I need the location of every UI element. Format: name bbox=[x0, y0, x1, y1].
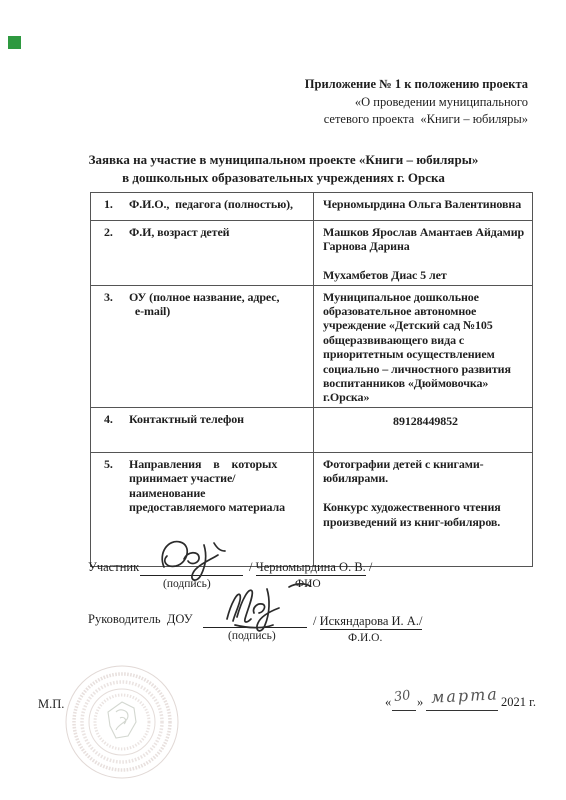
title-line-2: в дошкольных образовательных учреждениях… bbox=[62, 169, 505, 187]
table-row: 5. Направления в которых принимает участ… bbox=[91, 453, 532, 566]
title-line-1: Заявка на участие в муниципальном проект… bbox=[62, 151, 505, 169]
director-role-label: Руководитель ДОУ bbox=[88, 612, 193, 627]
row-number: 5. bbox=[104, 457, 129, 564]
director-name: Искяндарова И. А./ bbox=[320, 614, 423, 630]
row1-label-cell: 1. Ф.И.О., педагога (полностью), bbox=[91, 193, 314, 220]
row-label: Направления в которых принимает участие/… bbox=[129, 457, 308, 564]
stamp-place-label: М.П. bbox=[38, 697, 64, 712]
row5-value-cell: Фотографии детей с книгами- юбилярами. К… bbox=[314, 453, 532, 566]
table-row: 1. Ф.И.О., педагога (полностью), Черномы… bbox=[91, 193, 532, 221]
row1-value-cell: Черномырдина Ольга Валентиновна bbox=[314, 193, 532, 220]
close-quote: » bbox=[417, 695, 423, 710]
handwritten-day: 30 bbox=[393, 688, 411, 705]
table-row: 3. ОУ (полное название, адрес, e-mail) М… bbox=[91, 286, 532, 408]
row2-value-cell: Машков Ярослав Амантаев Айдамир Гарнова … bbox=[314, 221, 532, 285]
row-label: Ф.И, возраст детей bbox=[129, 225, 308, 283]
green-square-marker bbox=[8, 36, 21, 49]
participant-sign-caption: (подпись) bbox=[163, 578, 211, 590]
row4-label-cell: 4. Контактный телефон bbox=[91, 408, 314, 452]
table-row: 4. Контактный телефон 89128449852 bbox=[91, 408, 532, 453]
row4-value-cell: 89128449852 bbox=[314, 408, 532, 452]
row5-label-cell: 5. Направления в которых принимает участ… bbox=[91, 453, 314, 566]
table-row: 2. Ф.И, возраст детей Машков Ярослав Ама… bbox=[91, 221, 532, 286]
director-name-line: / Искяндарова И. А./ bbox=[313, 614, 422, 629]
row-number: 3. bbox=[104, 290, 129, 405]
application-table: 1. Ф.И.О., педагога (полностью), Черномы… bbox=[90, 192, 533, 567]
year-label: 2021 г. bbox=[501, 695, 536, 710]
row3-label-cell: 3. ОУ (полное название, адрес, e-mail) bbox=[91, 286, 314, 407]
participant-name-caption: ФИО bbox=[295, 578, 321, 590]
director-signature-line bbox=[203, 607, 307, 628]
row-label: Ф.И.О., педагога (полностью), bbox=[129, 197, 308, 218]
row-label: ОУ (полное название, адрес, e-mail) bbox=[129, 290, 308, 405]
director-sign-caption: (подпись) bbox=[228, 630, 276, 642]
slash: / bbox=[313, 614, 316, 628]
header-line-3: сетевого проекта «Книги – юбиляры» bbox=[305, 111, 528, 129]
round-stamp-seal-icon bbox=[60, 660, 184, 784]
row-number: 4. bbox=[104, 412, 129, 450]
director-name-caption: Ф.И.О. bbox=[348, 632, 382, 644]
header-line-2: «О проведении муниципального bbox=[305, 94, 528, 112]
row-label: Контактный телефон bbox=[129, 412, 308, 450]
row3-value-cell: Муниципальное дошкольное образовательное… bbox=[314, 286, 532, 407]
date-line: « 30 » марта 2021 г. bbox=[385, 692, 545, 720]
document-header: Приложение № 1 к положению проекта «О пр… bbox=[305, 76, 528, 129]
director-signature bbox=[221, 575, 321, 637]
handwritten-month: марта bbox=[431, 684, 500, 707]
open-quote: « bbox=[385, 695, 391, 710]
page-title: Заявка на участие в муниципальном проект… bbox=[62, 151, 505, 186]
row-number: 2. bbox=[104, 225, 129, 283]
row2-label-cell: 2. Ф.И, возраст детей bbox=[91, 221, 314, 285]
header-line-1: Приложение № 1 к положению проекта bbox=[305, 76, 528, 94]
row-number: 1. bbox=[104, 197, 129, 218]
